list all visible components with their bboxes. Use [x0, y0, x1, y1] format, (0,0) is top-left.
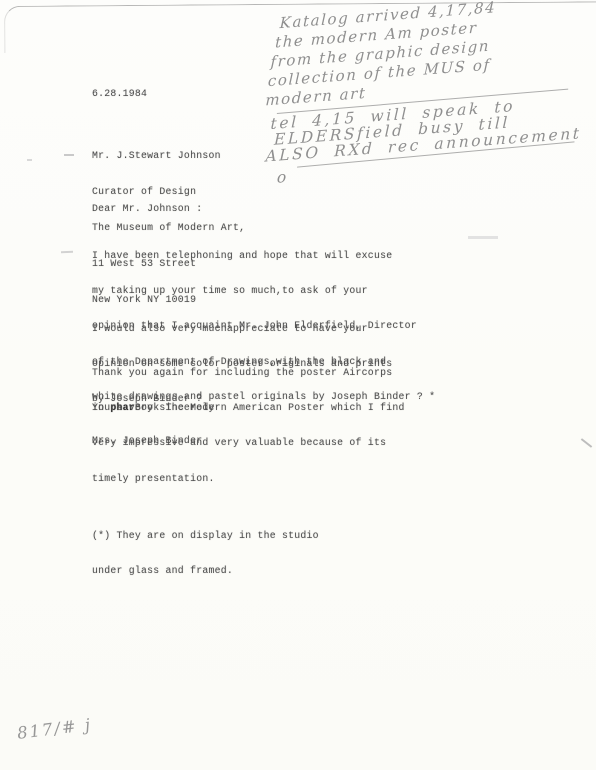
right-edge-check-mark: [581, 438, 592, 448]
paragraph-3: Thank you again for including the poster…: [92, 343, 405, 508]
paragraph-2-line: I would also very muchappreciate to have…: [92, 323, 392, 335]
stray-pencil-dash: [61, 251, 73, 253]
stray-pencil-dash: [64, 154, 74, 156]
letter-date: 6.28.1984: [92, 88, 147, 100]
bottom-left-archival-code: 817/# j: [16, 715, 93, 743]
footnote-line: (*) They are on display in the studio: [92, 530, 319, 542]
salutation: Dear Mr. Johnson :: [92, 203, 202, 215]
signature-name: Mrs. Joseph Binder: [92, 435, 202, 447]
footnote: (*) They are on display in the studio un…: [92, 506, 319, 600]
paragraph-1-line: my taking up your time so much,to ask of…: [92, 285, 435, 297]
recipient-title: Curator of Design: [92, 186, 245, 198]
handwritten-top-note: Katalog arrived 4,17,84 the modern Am po…: [275, 0, 596, 186]
footnote-line: under glass and framed.: [92, 565, 319, 577]
paragraph-3-line: Thank you again for including the poster…: [92, 367, 405, 379]
closing: Yours very sincerely: [92, 402, 215, 414]
recipient-name: Mr. J.Stewart Johnson: [92, 150, 245, 162]
faint-smudge: [468, 236, 498, 239]
paragraph-1-line: I have been telephoning and hope that wi…: [92, 250, 435, 262]
stray-pencil-dash: [27, 159, 32, 161]
scanned-letter-page: 6.28.1984 Mr. J.Stewart Johnson Curator …: [0, 0, 596, 770]
paragraph-3-line: timely presentation.: [92, 473, 405, 485]
